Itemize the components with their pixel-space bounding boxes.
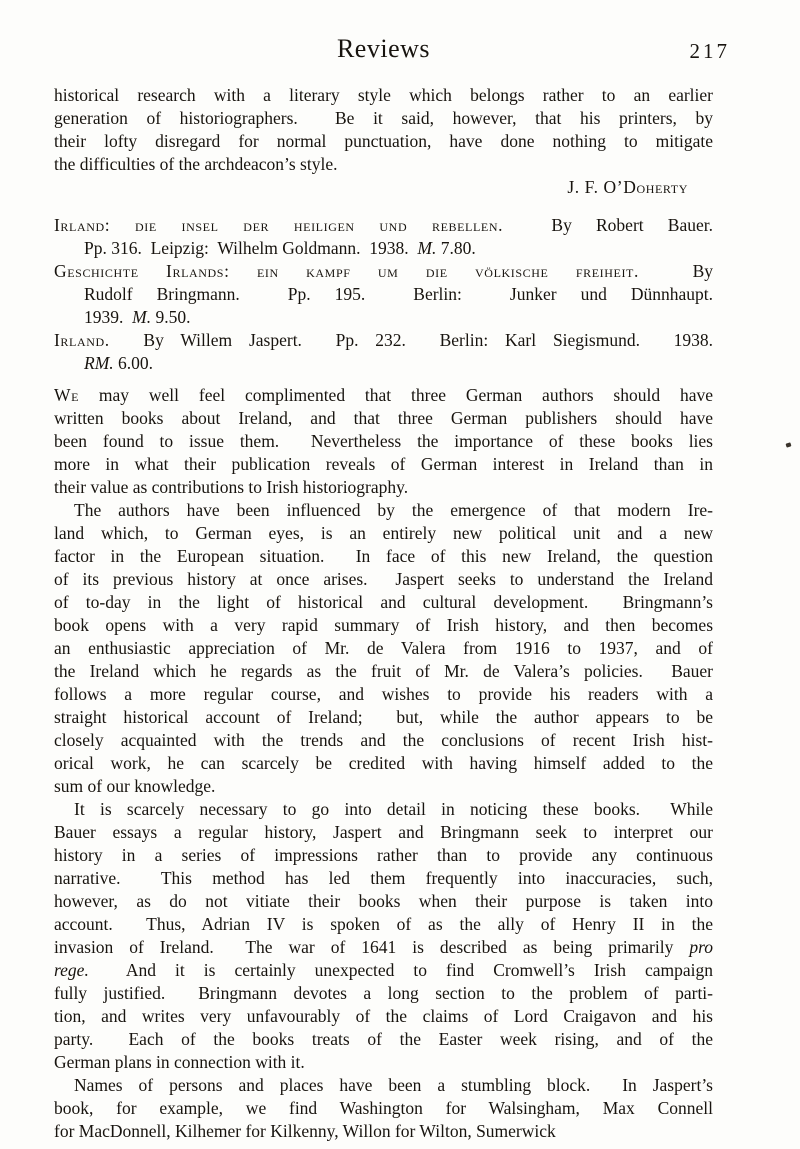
text-line: an enthusiastic appreciation of Mr. de V…	[54, 637, 713, 660]
text-line: generation of historiographers. Be it sa…	[54, 107, 713, 130]
text-line: book, for example, we find Washington fo…	[54, 1097, 713, 1120]
para-odoherty-tail: historical research with a literary styl…	[54, 84, 713, 176]
text-segment: Rudolf Bringmann. Pp. 195. Berlin: Junke…	[84, 284, 713, 304]
text-segment: orical work, he can scarcely be credited…	[54, 753, 713, 773]
text-line: RM. 6.00.	[54, 352, 713, 375]
text-segment: been found to issue them. Nevertheless t…	[54, 431, 713, 451]
signature-odoherty: J. F. O’Doherty	[54, 176, 713, 199]
text-segment: straight historical account of Ireland; …	[54, 707, 713, 727]
text-segment: book opens with a very rapid summary of …	[54, 615, 713, 635]
italic-text: rege.	[54, 960, 89, 980]
text-line: of to-day in the light of historical and…	[54, 591, 713, 614]
text-line: sum of our knowledge.	[54, 775, 713, 798]
text-column: historical research with a literary styl…	[54, 84, 713, 1143]
text-line: of its previous history at once arises. …	[54, 568, 713, 591]
text-line: J. F. O’Doherty	[54, 176, 713, 199]
text-segment: narrative. This method has led them freq…	[54, 868, 713, 888]
text-line: history in a series of impressions rathe…	[54, 844, 713, 867]
text-segment: factor in the European situation. In fac…	[54, 546, 713, 566]
entry-bauer: Irland: die insel der heiligen und rebel…	[54, 214, 713, 260]
text-line: Bauer essays a regular history, Jaspert …	[54, 821, 713, 844]
text-segment: their value as contributions to Irish hi…	[54, 477, 408, 497]
page-header: Reviews 217	[0, 34, 800, 66]
small-caps-text: We	[54, 385, 79, 405]
small-caps-text: Geschichte Irlands: ein kampf um die völ…	[54, 261, 639, 281]
entry-jaspert: Irland. By Willem Jaspert. Pp. 232. Berl…	[54, 329, 713, 375]
text-segment: history in a series of impressions rathe…	[54, 845, 713, 865]
text-line: written books about Ireland, and that th…	[54, 407, 713, 430]
entry-bringmann: Geschichte Irlands: ein kampf um die völ…	[54, 260, 713, 329]
text-line: their lofty disregard for normal punctua…	[54, 130, 713, 153]
text-line: the difficulties of the archdeacon’s sty…	[54, 153, 713, 176]
scan-speck	[786, 442, 792, 447]
text-line: It is scarcely necessary to go into deta…	[54, 798, 713, 821]
text-segment: It is scarcely necessary to go into deta…	[74, 799, 713, 819]
text-segment: historical research with a literary styl…	[54, 85, 713, 105]
text-segment: German plans in connection with it.	[54, 1052, 305, 1072]
text-segment: land which, to German eyes, is an entire…	[54, 523, 713, 543]
text-segment: generation of historiographers. Be it sa…	[54, 108, 713, 128]
text-segment: the difficulties of the archdeacon’s sty…	[54, 154, 337, 174]
text-segment: may well feel complimented that three Ge…	[79, 385, 713, 405]
text-line: The authors have been influenced by the …	[54, 499, 713, 522]
text-line: land which, to German eyes, is an entire…	[54, 522, 713, 545]
text-segment: sum of our knowledge.	[54, 776, 215, 796]
text-segment: 7.80.	[436, 238, 475, 258]
text-segment: more in what their publication reveals o…	[54, 454, 713, 474]
page-number: 217	[690, 39, 731, 64]
text-line: Names of persons and places have been a …	[54, 1074, 713, 1097]
text-line: straight historical account of Ireland; …	[54, 706, 713, 729]
italic-text: RM.	[84, 353, 114, 373]
text-line: 1939. M. 9.50.	[54, 306, 713, 329]
text-segment: 6.00.	[114, 353, 153, 373]
text-line: Pp. 316. Leipzig: Wilhelm Goldmann. 1938…	[54, 237, 713, 260]
text-segment: party. Each of the books treats of the E…	[54, 1029, 713, 1049]
text-segment: closely acquainted with the trends and t…	[54, 730, 713, 750]
text-segment: 1939.	[84, 307, 132, 327]
text-line: been found to issue them. Nevertheless t…	[54, 430, 713, 453]
text-line: book opens with a very rapid summary of …	[54, 614, 713, 637]
text-line: their value as contributions to Irish hi…	[54, 476, 713, 499]
text-line: account. Thus, Adrian IV is spoken of as…	[54, 913, 713, 936]
text-segment: however, as do not vitiate their books w…	[54, 891, 713, 911]
italic-text: M.	[417, 238, 436, 258]
para-authors-influenced: The authors have been influenced by the …	[54, 499, 713, 798]
text-segment: By	[639, 261, 713, 281]
small-caps-text: Irland: die insel der heiligen und rebel…	[54, 215, 503, 235]
text-line: narrative. This method has led them freq…	[54, 867, 713, 890]
text-line: Irland: die insel der heiligen und rebel…	[54, 214, 713, 237]
text-segment: The authors have been influenced by the …	[74, 500, 713, 520]
text-segment: account. Thus, Adrian IV is spoken of as…	[54, 914, 713, 934]
text-segment: By Willem Jaspert. Pp. 232. Berlin: Karl…	[110, 330, 713, 350]
text-segment: their lofty disregard for normal punctua…	[54, 131, 713, 151]
text-segment: tion, and writes very unfavourably of th…	[54, 1006, 713, 1026]
page-title: Reviews	[54, 34, 713, 64]
text-segment: follows a more regular course, and wishe…	[54, 684, 713, 704]
text-segment: And it is certainly unexpected to find C…	[89, 960, 713, 980]
text-line: for MacDonnell, Kilhemer for Kilkenny, W…	[54, 1120, 713, 1143]
scanned-journal-page: Reviews 217 historical research with a l…	[0, 0, 800, 1149]
small-caps-text: J. F. O’Doherty	[567, 177, 688, 197]
text-line: follows a more regular course, and wishe…	[54, 683, 713, 706]
text-line: however, as do not vitiate their books w…	[54, 890, 713, 913]
text-segment: the Ireland which he regards as the frui…	[54, 661, 713, 681]
text-line: Rudolf Bringmann. Pp. 195. Berlin: Junke…	[54, 283, 713, 306]
text-line: invasion of Ireland. The war of 1641 is …	[54, 936, 713, 959]
text-segment: of its previous history at once arises. …	[54, 569, 713, 589]
text-line: more in what their publication reveals o…	[54, 453, 713, 476]
text-line: orical work, he can scarcely be credited…	[54, 752, 713, 775]
text-line: We may well feel complimented that three…	[54, 384, 713, 407]
text-line: fully justified. Bringmann devotes a lon…	[54, 982, 713, 1005]
text-segment: fully justified. Bringmann devotes a lon…	[54, 983, 713, 1003]
text-segment: Pp. 316. Leipzig: Wilhelm Goldmann. 1938…	[84, 238, 417, 258]
text-segment: Names of persons and places have been a …	[74, 1075, 713, 1095]
text-segment: Bauer essays a regular history, Jaspert …	[54, 822, 713, 842]
text-line: factor in the European situation. In fac…	[54, 545, 713, 568]
para-complimented: We may well feel complimented that three…	[54, 384, 713, 499]
text-line: the Ireland which he regards as the frui…	[54, 660, 713, 683]
italic-text: pro	[689, 937, 713, 957]
text-line: tion, and writes very unfavourably of th…	[54, 1005, 713, 1028]
text-segment: written books about Ireland, and that th…	[54, 408, 713, 428]
text-segment: for MacDonnell, Kilhemer for Kilkenny, W…	[54, 1121, 556, 1141]
para-scarcely-necessary: It is scarcely necessary to go into deta…	[54, 798, 713, 1074]
text-line: closely acquainted with the trends and t…	[54, 729, 713, 752]
text-line: Irland. By Willem Jaspert. Pp. 232. Berl…	[54, 329, 713, 352]
text-segment: an enthusiastic appreciation of Mr. de V…	[54, 638, 713, 658]
text-segment: By Robert Bauer.	[503, 215, 713, 235]
text-segment: book, for example, we find Washington fo…	[54, 1098, 713, 1118]
text-line: rege. And it is certainly unexpected to …	[54, 959, 713, 982]
text-segment: of to-day in the light of historical and…	[54, 592, 713, 612]
text-segment: invasion of Ireland. The war of 1641 is …	[54, 937, 689, 957]
text-line: party. Each of the books treats of the E…	[54, 1028, 713, 1051]
text-line: Geschichte Irlands: ein kampf um die völ…	[54, 260, 713, 283]
small-caps-text: Irland.	[54, 330, 110, 350]
text-segment: 9.50.	[151, 307, 190, 327]
text-line: German plans in connection with it.	[54, 1051, 713, 1074]
para-names-stumbling: Names of persons and places have been a …	[54, 1074, 713, 1143]
text-line: historical research with a literary styl…	[54, 84, 713, 107]
italic-text: M.	[132, 307, 151, 327]
